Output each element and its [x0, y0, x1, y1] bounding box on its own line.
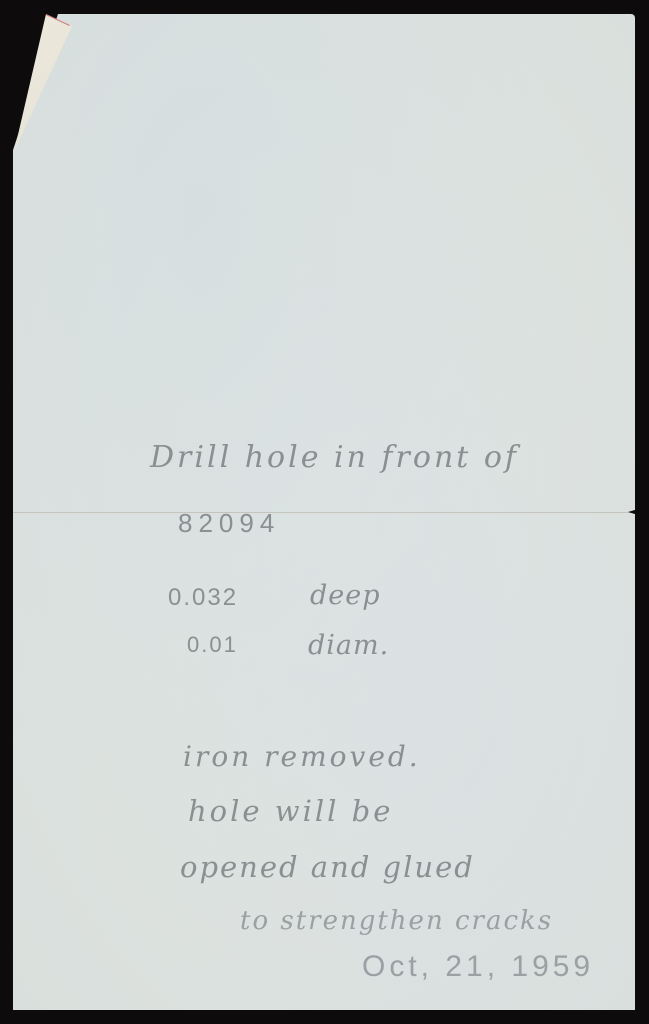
note-line-opened-glued: opened and glued — [180, 850, 475, 884]
note-line-strengthen-cracks: to strengthen cracks — [240, 906, 553, 936]
note-date: Oct, 21, 1959 — [362, 950, 594, 984]
note-line-hole-will-be: hole will be — [188, 794, 393, 828]
note-catalog-number: 82094 — [178, 508, 280, 539]
note-line-drill-hole: Drill hole in front of — [150, 440, 519, 475]
note-line-iron-removed: iron removed. — [183, 740, 421, 773]
note-depth-value: 0.032 — [168, 584, 238, 612]
note-diameter-label: diam. — [308, 630, 389, 661]
fold-crease — [13, 512, 635, 514]
note-diameter-value: 0.01 — [187, 632, 238, 658]
note-depth-label: deep — [310, 580, 381, 611]
